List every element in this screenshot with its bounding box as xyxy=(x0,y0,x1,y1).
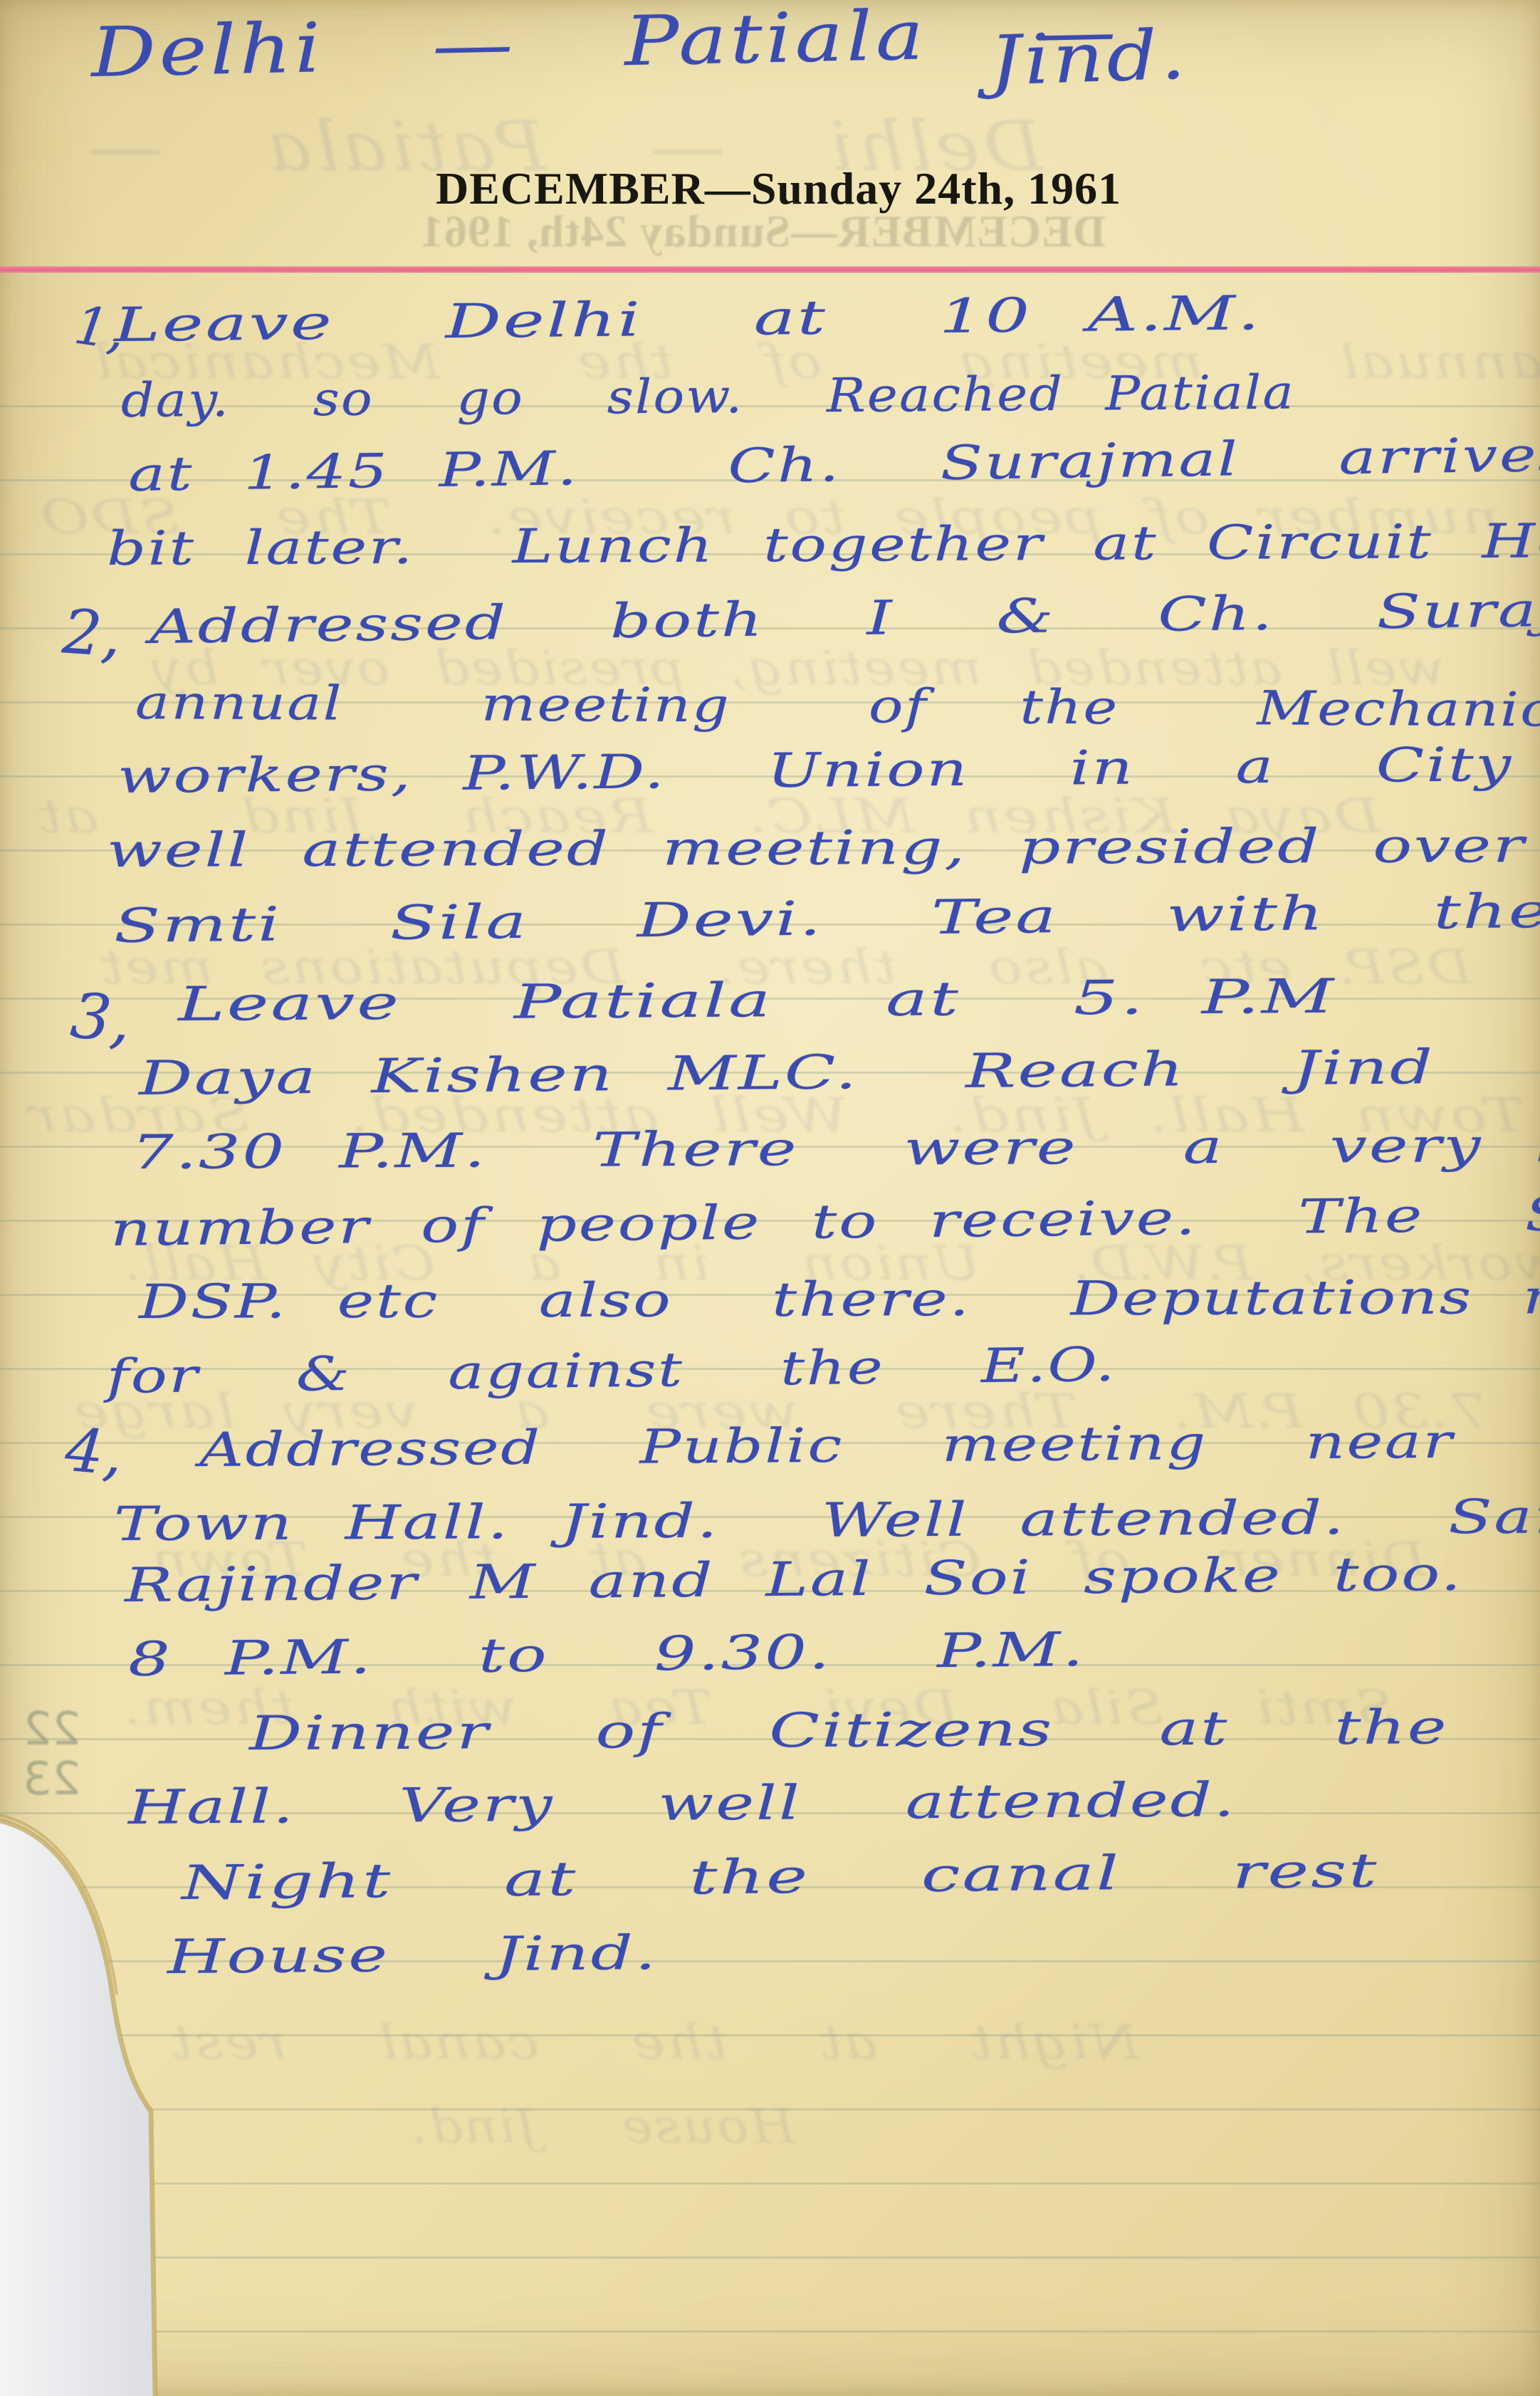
pink-divider-rule xyxy=(0,266,1540,273)
entry-number: 2, xyxy=(61,596,124,671)
showthrough-page-number: 22 xyxy=(23,1703,80,1756)
diary-page: Delhi — Patiala — Jind. Delhi — Patiala … xyxy=(0,0,1540,2396)
diary-line: Rajinder M and Lal Soi spoke too. xyxy=(125,1547,1463,1613)
diary-line: bit later. Lunch together at Circuit Hou… xyxy=(107,513,1540,576)
diary-line: Leave Delhi at 10 A.M. a foggy xyxy=(114,278,1540,352)
diary-line: annual meeting of the Mechanical xyxy=(135,675,1540,738)
showthrough-line: House Jind. xyxy=(409,2099,795,2154)
diary-line: at 1.45 P.M. Ch. Surajmal arrives a xyxy=(127,425,1540,502)
diary-line: Addressed Public meeting near xyxy=(199,1414,1455,1477)
route-header: Delhi — Patiala — xyxy=(90,0,1120,93)
diary-line: Daya Kishen MLC. Reach Jind at xyxy=(139,1037,1540,1106)
diary-line: Town Hall. Jind. Well attended. Sardar xyxy=(114,1488,1540,1552)
route-header-destination: Jind. xyxy=(988,14,1190,101)
diary-line: number of people to receive. The SDO xyxy=(110,1186,1540,1257)
entry-number: 4, xyxy=(63,1415,125,1490)
diary-line: Addressed both I & Ch. Surajmal in xyxy=(150,579,1540,654)
diary-line: well attended meeting, presided over by xyxy=(107,817,1540,878)
diary-line: day. so go slow. Reached Patiala xyxy=(121,365,1295,428)
diary-line: Night at the canal rest xyxy=(182,1843,1379,1910)
printed-date-header: DECEMBER—Sunday 24th, 1961 xyxy=(436,162,1121,215)
diary-line: 8 P.M. to 9.30. P.M. xyxy=(128,1622,1086,1687)
showthrough-line: Night at the canal rest xyxy=(168,2015,1138,2070)
showthrough-page-number: 23 xyxy=(23,1753,80,1806)
diary-line: workers, P.W.D. Union in a City Hall. xyxy=(117,735,1540,804)
diary-line: Hall. Very well attended. xyxy=(128,1772,1237,1835)
diary-line: 7.30 P.M. There were a very large xyxy=(132,1116,1540,1180)
entry-number: 3, xyxy=(68,978,135,1057)
diary-line: for & against the E.O. xyxy=(107,1337,1117,1404)
diary-line: Leave Patiala at 5. P.M with xyxy=(178,966,1540,1032)
diary-line: DSP. etc also there. Deputations met xyxy=(139,1270,1540,1329)
diary-line: Smti Sila Devi. Tea with them. xyxy=(114,883,1540,953)
diary-line: House Jind. xyxy=(167,1925,658,1984)
diary-line: Dinner of Citizens at the Town xyxy=(249,1698,1540,1761)
